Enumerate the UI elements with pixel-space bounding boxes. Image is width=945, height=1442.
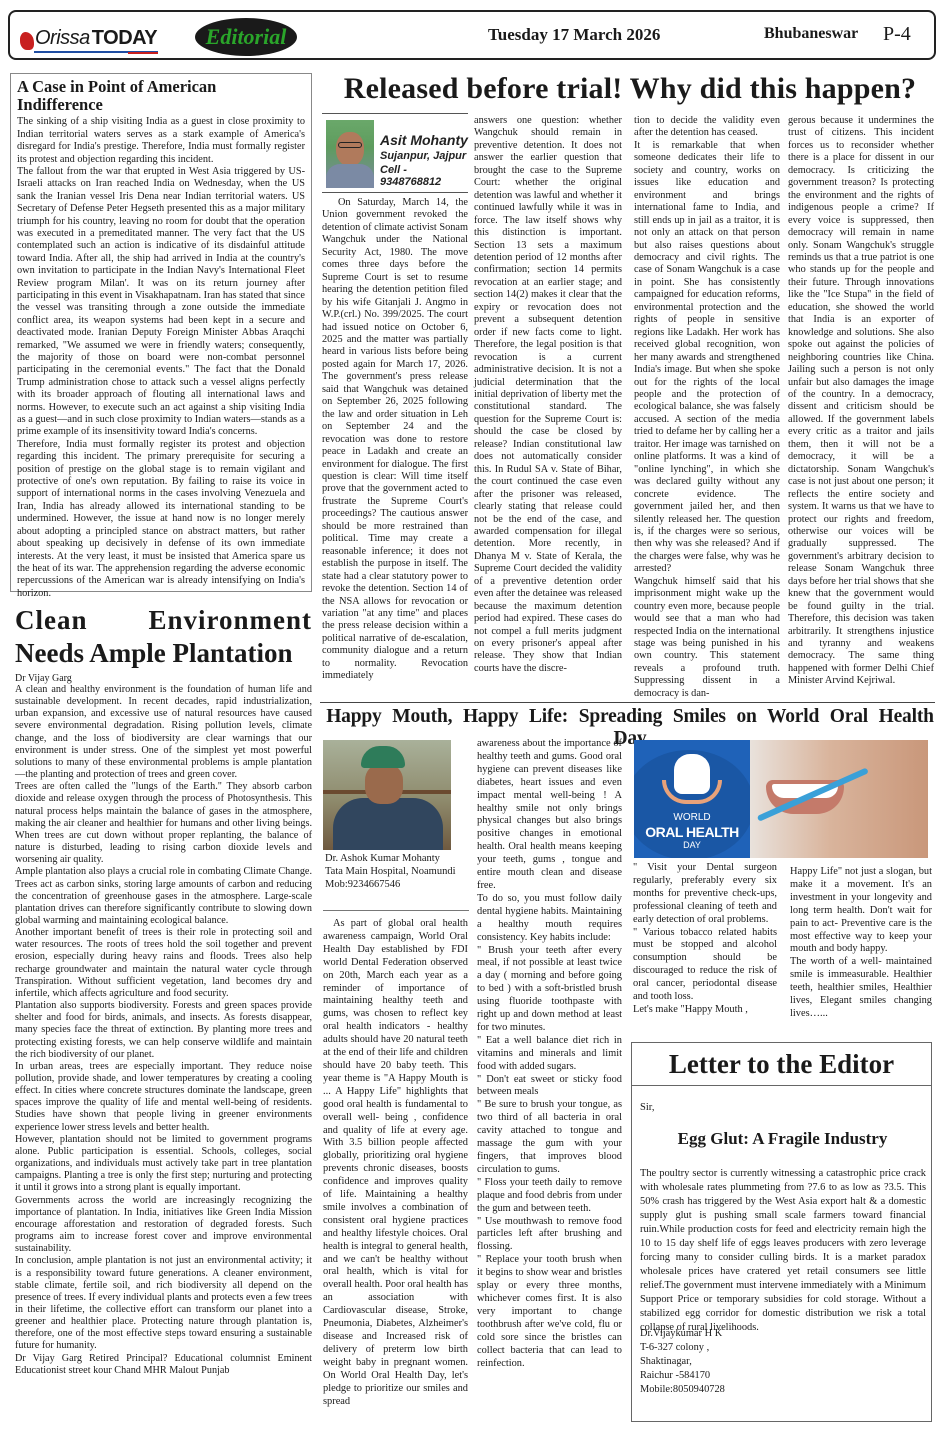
section-divider [320, 702, 935, 703]
paragraph: The sinking of a ship visiting India as … [17, 116, 305, 166]
orissa-today-logo[interactable]: Orissa TODAY [20, 22, 157, 50]
oral-column-1: As part of global oral health awareness … [323, 918, 468, 1408]
author-name: Dr. Ashok Kumar Mohanty [325, 852, 456, 865]
bullet-item: " Floss your teeth daily to remove plaqu… [477, 1177, 622, 1216]
article-clean-environment: Clean Environment Needs Ample Plantation… [15, 604, 312, 1377]
author-phone: Mob:9234667546 [325, 878, 456, 891]
paragraph: To do so, you must follow daily dental h… [477, 893, 622, 945]
byline-divider [323, 910, 469, 911]
letter-salutation: Sir, [640, 1102, 654, 1113]
masthead: Orissa TODAY Editorial Tuesday 17 March … [8, 10, 936, 60]
title-word: Environment [148, 604, 312, 637]
title-word: Clean [15, 604, 88, 637]
bullet-item: " Eat a well balance diet rich in vitami… [477, 1035, 622, 1074]
paragraph: However, plantation should not be limite… [15, 1134, 312, 1195]
paragraph: gerous because it undermines the trust o… [788, 115, 934, 688]
article-title: A Case in Point of American Indifference [17, 78, 305, 114]
smile-photo [750, 740, 928, 858]
column-3: tion to decide the validity even after t… [634, 115, 780, 700]
column-1: On Saturday, March 14, the Union governm… [322, 197, 468, 683]
author-box: Asit Mohanty Sujanpur, Jajpur Cell - 934… [322, 113, 468, 193]
letter-to-editor: Letter to the Editor Sir, Egg Glut: A Fr… [631, 1042, 932, 1422]
odisha-map-icon [20, 32, 34, 50]
paragraph: Plantation also supports biodiversity. F… [15, 1000, 312, 1061]
paragraph: In conclusion, ample plantation is not j… [15, 1255, 312, 1352]
author-byline: Dr. Ashok Kumar Mohanty Tata Main Hospit… [325, 852, 456, 891]
paragraph: Therefore, India must formally register … [17, 439, 305, 600]
letter-heading: Letter to the Editor [632, 1043, 931, 1086]
bullet-item: " Various tobacco related habits must be… [633, 927, 777, 1004]
paragraph: Happy Life" not just a slogan, but make … [790, 866, 932, 956]
paragraph: It is remarkable that when someone dedic… [634, 140, 780, 576]
letter-body: The poultry sector is currently witnessi… [640, 1167, 926, 1335]
article-body: The sinking of a ship visiting India as … [17, 116, 305, 600]
logo-underline-accent [128, 52, 158, 54]
paragraph: On Saturday, March 14, the Union governm… [322, 197, 468, 683]
column-4: gerous because it undermines the trust o… [788, 115, 934, 688]
logo-today-text: TODAY [92, 27, 157, 50]
bullet-item: " Use mouthwash to remove food particles… [477, 1216, 622, 1255]
paragraph: Ample plantation also plays a crucial ro… [15, 866, 312, 927]
bullet-item: " Replace your tooth brush when it begin… [477, 1254, 622, 1370]
bullet-item: " Visit your Dental surgeon regularly, p… [633, 862, 777, 927]
paragraph: Governments across the world are increas… [15, 1195, 312, 1256]
title-line-1: Clean Environment [15, 604, 312, 637]
paragraph: Another important benefit of trees is th… [15, 927, 312, 1000]
poster-text: DAY [634, 840, 750, 850]
paragraph: Trees are often called the "lungs of the… [15, 781, 312, 866]
photo-face [365, 764, 403, 804]
paragraph: awareness about the importance of health… [477, 738, 622, 893]
signature-line: Raichur -584170 [640, 1369, 725, 1383]
oral-column-3: " Visit your Dental surgeon regularly, p… [633, 862, 777, 1017]
author-phone: Cell - 9348768812 [380, 164, 468, 188]
paragraph: Let's make "Happy Mouth , [633, 1004, 777, 1017]
paragraph: answers one question: whether Wangchuk s… [474, 115, 622, 675]
paragraph: Wangchuk himself said that his imprisonm… [634, 576, 780, 701]
paragraph: In urban areas, trees are especially imp… [15, 1061, 312, 1134]
article-title-released: Released before trial! Why did this happ… [320, 72, 940, 106]
bullet-item: " Be sure to brush your tongue, as two t… [477, 1099, 622, 1176]
author-photo [326, 120, 374, 188]
title-line-2: Needs Ample Plantation [15, 638, 293, 668]
signature-line: Mobile:8050940728 [640, 1383, 725, 1397]
signature-line: Dr.Vijaykumar H K [640, 1327, 725, 1341]
photo-glasses [338, 142, 362, 148]
signature-line: Shaktinagar, [640, 1355, 725, 1369]
article-body: A clean and healthy environment is the f… [15, 684, 312, 1377]
oral-column-4: Happy Life" not just a slogan, but make … [790, 866, 932, 1021]
paragraph: A clean and healthy environment is the f… [15, 684, 312, 781]
issue-date: Tuesday 17 March 2026 [488, 25, 660, 45]
byline: Dr Vijay Garg [15, 673, 312, 684]
author-org: Tata Main Hospital, Noamundi [325, 865, 456, 878]
column-2: answers one question: whether Wangchuk s… [474, 115, 622, 675]
logo-orissa-text: Orissa [35, 27, 90, 50]
photo-face [336, 132, 364, 166]
paragraph: The fallout from the war that erupted in… [17, 166, 305, 439]
poster-text: ORAL HEALTH [634, 824, 750, 840]
oral-health-poster: WORLD ORAL HEALTH DAY [634, 740, 750, 858]
article-american-indifference: A Case in Point of American Indifference… [10, 73, 312, 592]
author-photo [323, 740, 451, 850]
paragraph: tion to decide the validity even after t… [634, 115, 780, 140]
world-oral-health-day-image: WORLD ORAL HEALTH DAY [634, 740, 928, 858]
signature-line: T-6-327 colony , [640, 1341, 725, 1355]
bullet-item: " Brush your teeth after every meal, if … [477, 945, 622, 1035]
letter-signature: Dr.Vijaykumar H K T-6-327 colony , Shakt… [640, 1327, 725, 1397]
edition-city: Bhubaneswar [764, 25, 858, 43]
section-badge: Editorial [195, 18, 297, 56]
poster-text: WORLD [634, 812, 750, 823]
author-note: Dr Vijay Garg Retired Principal? Educati… [15, 1353, 312, 1377]
paragraph: As part of global oral health awareness … [323, 918, 468, 1408]
section-badge-label: Editorial [206, 24, 287, 50]
article-title: Clean Environment Needs Ample Plantation [15, 604, 312, 670]
oral-column-2: awareness about the importance of health… [477, 738, 622, 1370]
author-location: Sujanpur, Jajpur [380, 150, 468, 162]
photo-cap [361, 746, 405, 768]
page-number: P-4 [883, 23, 911, 46]
letter-subject: Egg Glut: A Fragile Industry [632, 1129, 933, 1149]
paragraph: The worth of a well- maintained smile is… [790, 956, 932, 1021]
photo-shirt [326, 164, 374, 188]
photo-body [333, 798, 443, 850]
author-info: Asit Mohanty Sujanpur, Jajpur Cell - 934… [380, 132, 468, 188]
author-name: Asit Mohanty [380, 132, 468, 148]
bullet-item: " Don't eat sweet or sticky food between… [477, 1074, 622, 1100]
